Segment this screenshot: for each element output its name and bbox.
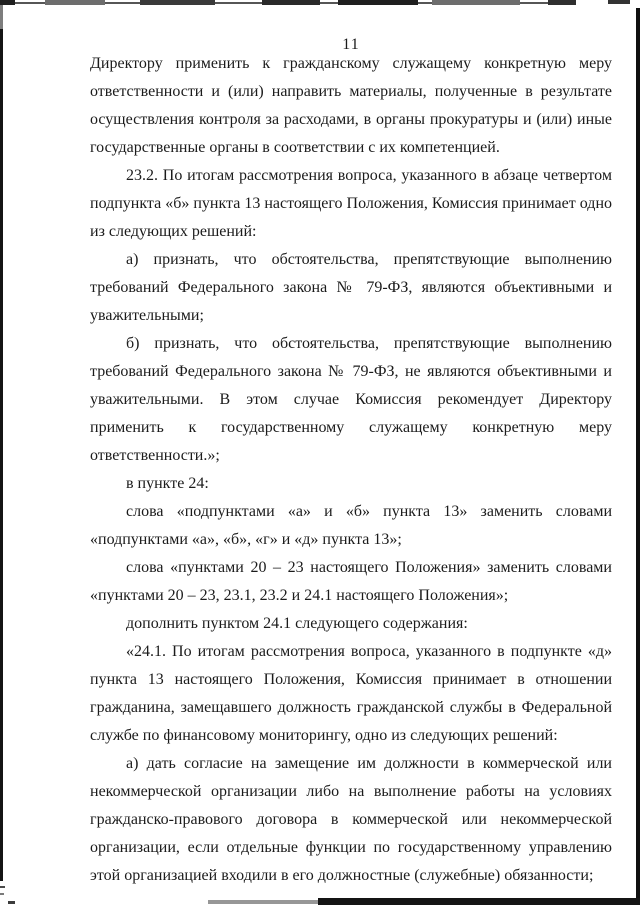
scanned-document-page: 11 Директору применить к гражданскому сл… <box>0 0 640 905</box>
scan-speck <box>8 901 15 904</box>
point-24-intro: в пункте 24: <box>90 470 612 498</box>
scan-border-top-segment <box>432 0 520 5</box>
clause-23-2-item-a: а) признать, что обстоятельства, препятс… <box>90 246 612 330</box>
clause-23-2: 23.2. По итогам рассмотрения вопроса, ук… <box>90 162 612 246</box>
document-body: Директору применить к гражданскому служа… <box>90 50 612 890</box>
clause-24-1: «24.1. По итогам рассмотрения вопроса, у… <box>90 638 612 750</box>
scan-border-left <box>0 5 3 881</box>
scan-border-bottom <box>318 898 640 905</box>
scan-border-top-segment <box>548 0 576 5</box>
amendment-points: слова «пунктами 20 – 23 настоящего Полож… <box>90 554 612 610</box>
amendment-subpoints: слова «подпунктами «а» и «б» пункта 13» … <box>90 498 612 554</box>
scan-border-bottom-gray <box>208 900 320 904</box>
scan-border-top-segment <box>45 0 105 5</box>
clause-24-1-item-a: а) дать согласие на замещение им должнос… <box>90 750 612 890</box>
add-point-24-1: дополнить пунктом 24.1 следующего содерж… <box>90 610 612 638</box>
scan-border-right <box>636 8 640 898</box>
scan-speck <box>0 893 4 895</box>
clause-23-2-item-b: б) признать, что обстоятельства, препятс… <box>90 330 612 470</box>
scan-border-top-segment <box>140 0 215 5</box>
scan-border-top-segment <box>608 0 630 4</box>
scan-border-left-cap <box>0 5 3 29</box>
scan-border-top-segment <box>338 0 418 5</box>
scan-speck <box>0 886 5 888</box>
scan-border-top-segment <box>262 0 320 5</box>
continuation-paragraph: Директору применить к гражданскому служа… <box>90 50 612 162</box>
